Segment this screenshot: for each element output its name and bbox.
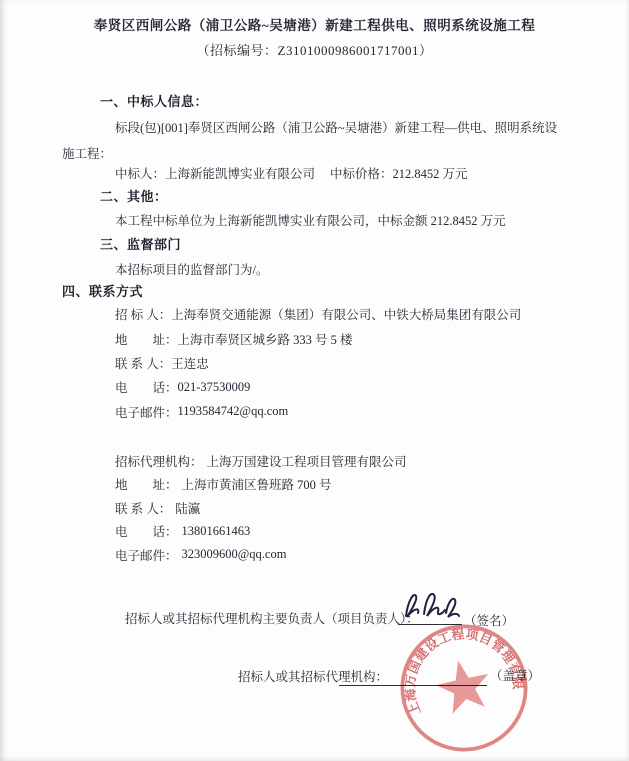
tenderer-email-value: 1193584742@qq.com [178, 404, 289, 419]
agency-person-row: 联 系 人：陆瀛 [115, 496, 407, 520]
section-winner-heading: 一、中标人信息： [100, 91, 208, 110]
winner-name-label: 中标人： [115, 167, 165, 181]
tenderer-address-label: 地 址： [115, 330, 178, 348]
agency-phone-label: 电 话： [115, 522, 178, 540]
winner-name-value: 上海新能凯博实业有限公司 [165, 167, 315, 181]
agency-phone-value: 13801661463 [182, 524, 251, 539]
tenderer-address-value: 上海市奉贤区城乡路 333 号 5 楼 [178, 330, 353, 348]
agency-email-label: 电子邮件： [115, 546, 178, 564]
agency-name-label: 招标代理机构： [115, 452, 203, 470]
tenderer-email-row: 电子邮件：1193584742@qq.com [115, 400, 521, 424]
tender-number-line: （招标编号：Z3101000986001717001） [0, 40, 629, 59]
agency-email-value: 323009600@qq.com [182, 547, 287, 562]
tenderer-phone-row: 电 话：021-37530009 [115, 375, 521, 399]
agency-address-label: 地 址： [115, 475, 178, 493]
section-supervision-heading: 三、监督部门 [100, 234, 181, 253]
agency-person-label: 联 系 人： [115, 499, 171, 517]
seal-line-label: 招标人或其招标代理机构： [238, 667, 388, 685]
agency-name-value: 上海万国建设工程项目管理有限公司 [207, 452, 407, 470]
winner-price-label: 中标价格： [330, 167, 393, 181]
agency-email-row: 电子邮件：323009600@qq.com [115, 543, 407, 567]
tenderer-phone-value: 021-37530009 [178, 380, 251, 395]
star-icon [432, 655, 495, 716]
company-seal-stamp: 上海万国建设工程项目管理有限公司 [390, 618, 538, 758]
winner-lot-paragraph: 标段(包)[001]奉贤区西闸公路（浦卫公路~吴塘港）新建工程—供电、照明系统设… [62, 115, 568, 167]
tenderer-address-row: 地 址：上海市奉贤区城乡路 333 号 5 楼 [115, 326, 521, 350]
tenderer-person-row: 联 系 人：王连忠 [115, 351, 521, 375]
agency-contact-block: 招标代理机构：上海万国建设工程项目管理有限公司 地 址：上海市黄浦区鲁班路 70… [115, 449, 407, 567]
winner-name-line: 中标人：上海新能凯博实业有限公司 [115, 164, 315, 182]
section-contact-heading: 四、联系方式 [62, 281, 143, 300]
agency-person-value: 陆瀛 [175, 499, 200, 517]
agency-phone-row: 电 话：13801661463 [115, 520, 407, 544]
section-supervision-paragraph: 本招标项目的监督部门为/。 [115, 260, 268, 278]
principal-signature-line-label: 招标人或其招标代理机构主要负责人（项目负责人）： [125, 609, 419, 627]
agency-address-value: 上海市黄浦区鲁班路 700 号 [182, 475, 332, 493]
winner-price-value: 212.8452 万元 [393, 167, 468, 181]
tenderer-name-row: 招 标 人：上海奉贤交通能源（集团）有限公司、中铁大桥局集团有限公司 [115, 302, 521, 326]
winner-price-line: 中标价格：212.8452 万元 [330, 164, 468, 182]
tenderer-name-value: 上海奉贤交通能源（集团）有限公司、中铁大桥局集团有限公司 [171, 305, 521, 323]
document-title: 奉贤区西闸公路（浦卫公路~吴塘港）新建工程供电、照明系统设施工程 [0, 14, 629, 34]
agency-name-row: 招标代理机构：上海万国建设工程项目管理有限公司 [115, 449, 407, 473]
tender-result-document: 奉贤区西闸公路（浦卫公路~吴塘港）新建工程供电、照明系统设施工程 （招标编号：Z… [0, 0, 629, 761]
section-other-paragraph: 本工程中标单位为上海新能凯博实业有限公司，中标金额 212.8452 万元 [115, 211, 506, 229]
agency-address-row: 地 址：上海市黄浦区鲁班路 700 号 [115, 473, 407, 497]
tenderer-name-label: 招 标 人： [115, 305, 171, 323]
tenderer-person-value: 王连忠 [171, 354, 209, 372]
tenderer-person-label: 联 系 人： [115, 354, 171, 372]
section-other-heading: 二、其他： [100, 186, 168, 205]
tenderer-email-label: 电子邮件： [115, 403, 178, 421]
tenderer-phone-label: 电 话： [115, 378, 178, 396]
tenderer-contact-block: 招 标 人：上海奉贤交通能源（集团）有限公司、中铁大桥局集团有限公司 地 址：上… [115, 302, 521, 424]
